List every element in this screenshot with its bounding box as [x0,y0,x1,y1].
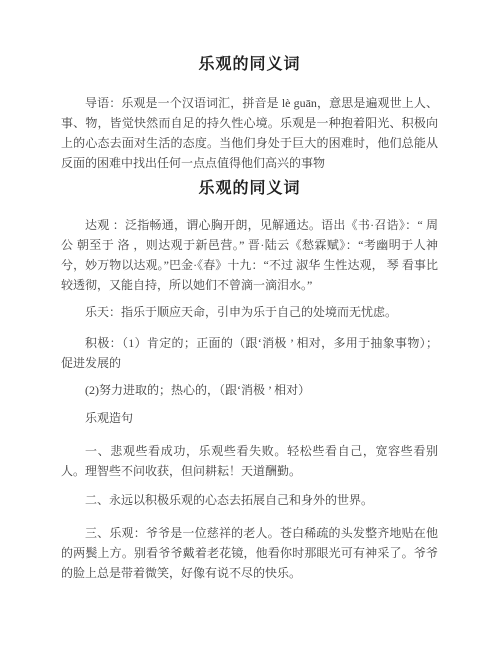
section-title: 乐观的同义词 [61,176,438,202]
intro-paragraph: 导语：乐观是一个汉语词汇，拼音是 lè guān，意思是遍观世上人、事、物，皆觉… [61,93,438,173]
sentence-section-label: 乐观造句 [61,408,438,428]
document-page: 乐观的同义词 导语：乐观是一个汉语词汇，拼音是 lè guān，意思是遍观世上人… [0,0,500,647]
synonym-paragraph-jiji-definition-1: 积极：（1）肯定的；正面的（跟‘消极 ’ 相对，多用于抽象事物）；促进发展的 [61,333,438,373]
document-title: 乐观的同义词 [61,52,438,78]
synonym-paragraph-jiji-definition-2: (2)努力进取的；热心的，（跟‘消极 ’ 相对） [61,380,438,400]
example-sentence-3: 三、乐观：爷爷是一位慈祥的老人。苍白稀疏的头发整齐地贴在他的两鬓上方。别看爷爷戴… [61,523,438,583]
example-sentence-1: 一、悲观些看成功，乐观些看失败。轻松些看自己，宽容些看别人。理智些不问收获，但问… [61,441,438,481]
synonym-paragraph-daguan: 达观 ：泛指畅通，谓心胸开朗，见解通达。语出《书·召诰》：“ 周公 朝至于 洛 … [61,215,438,295]
synonym-paragraph-letian: 乐天：指乐于顺应天命，引申为乐于自己的处境而无忧虑。 [61,302,438,322]
example-sentence-2: 二、永远以积极乐观的心态去拓展自己和身外的世界。 [61,490,438,510]
